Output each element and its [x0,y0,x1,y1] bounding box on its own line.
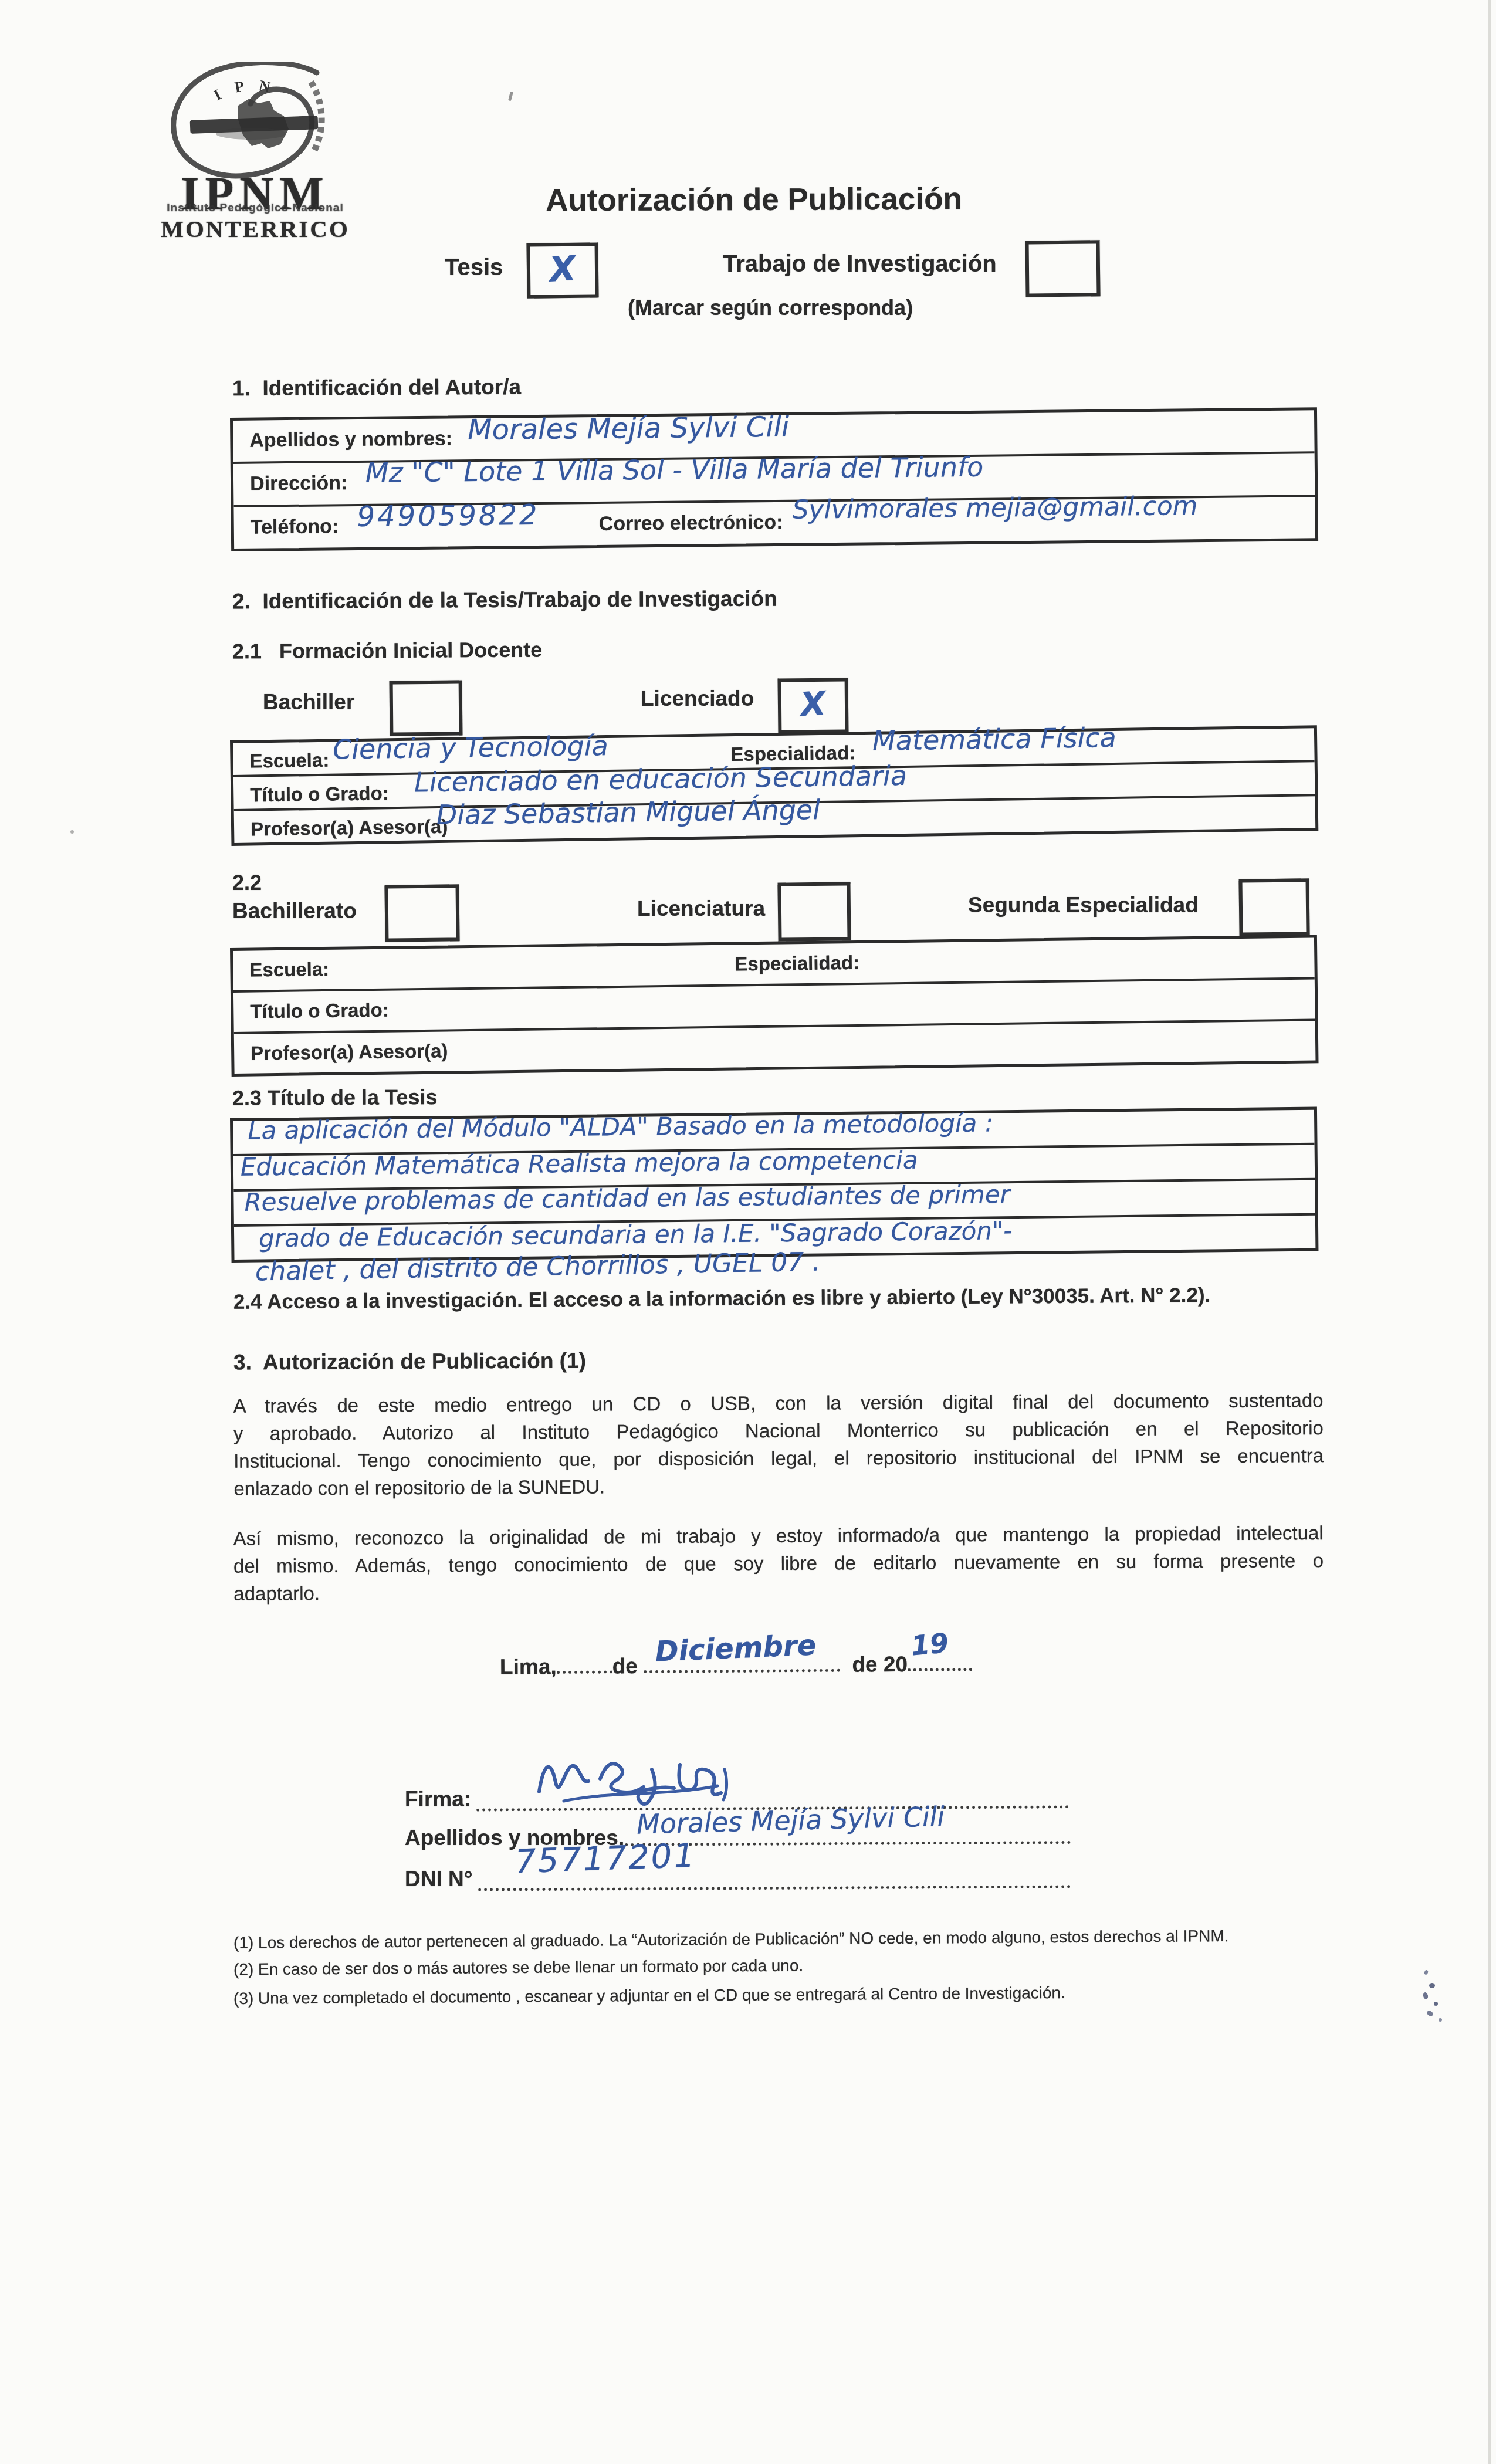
authorization-paragraph-1: A través de este medio entrego un CD o U… [233,1386,1324,1502]
thesis-title-table: La aplicación del Módulo "ALDA" Basado e… [230,1107,1318,1263]
especialidad-label-2: Especialidad: [735,952,859,976]
section1-heading: 1. Identificación del Autor/a [232,375,521,401]
titulo-label-2: Título o Grado: [250,999,389,1023]
segunda-especialidad-checkbox [1238,878,1309,936]
titulo-label: Título o Grado: [250,782,389,806]
direccion-label: Dirección: [250,472,348,496]
ink-smudge [1423,1992,1429,2000]
section23-heading: 2.3 Título de la Tesis [232,1085,438,1111]
firma-label: Firma: [405,1787,471,1812]
trabajo-checkbox [1025,240,1101,297]
date-line: Lima,de Diciembre de 20 19 [500,1650,978,1680]
section2-heading: 2. Identificación de la Tesis/Trabajo de… [232,587,777,614]
bachillerato-label: Bachillerato [232,899,357,923]
formacion-inicial-table: Escuela: Ciencia y Tecnología Especialid… [230,725,1318,846]
ink-smudge [1439,2018,1442,2022]
licenciatura-checkbox [777,882,851,941]
segunda-formacion-table: Escuela: Especialidad: Título o Grado: P… [230,935,1319,1077]
apellidos-label: Apellidos y nombres: [249,427,452,452]
footnote-1: (1) Los derechos de autor pertenecen al … [233,1927,1229,1952]
licenciado-checkbox: X [778,678,849,733]
trabajo-check-mark [1029,266,1096,270]
bachiller-checkbox [390,680,463,736]
scan-speck [70,830,74,834]
ink-smudge [1434,2002,1438,2006]
page-title: Autorización de Publicación [516,181,991,219]
bachillerato-check-mark [388,911,456,915]
section24-text: 2.4 Acceso a la investigación. El acceso… [233,1284,1211,1314]
footnote-2: (2) En caso de ser dos o más autores se … [233,1957,803,1979]
ink-smudge [1426,2010,1434,2017]
bachiller-check-mark [393,706,459,710]
bachillerato-checkbox [384,884,459,942]
thesis-title-line-1: La aplicación del Módulo "ALDA" Basado e… [248,1108,993,1145]
authorization-paragraph-2: Así mismo, reconozco la originalidad de … [233,1519,1324,1607]
licenciado-check-mark: X [780,683,846,725]
escuela-label-2: Escuela: [249,958,329,981]
asesor-label: Profesor(a) Asesor(a) [251,815,448,841]
paragraph-line: adaptarlo. [233,1574,1324,1607]
footnote-3: (3) Una vez completado el documento , es… [233,1984,1065,2008]
trabajo-label: Trabajo de Investigación [723,251,997,277]
telefono-value: 949059822 [357,499,539,533]
licenciatura-check-mark [781,909,847,913]
scan-speck [508,92,513,101]
marking-note: (Marcar según corresponda) [628,296,913,320]
titulo-value: Licenciado en educación Secundaria [414,760,908,798]
date-year-value: 19 [909,1627,950,1662]
licenciado-label: Licenciado [641,686,754,711]
dni-label: DNI N° [405,1867,473,1891]
logo-monterrico: MONTERRICO [147,215,364,243]
apellidos-value: Morales Mejía Sylvi Cili [468,411,790,446]
ink-smudge [1424,1969,1429,1975]
ink-smudge [1429,1983,1435,1988]
tesis-label: Tesis [445,255,503,281]
section21-heading: 2.1 Formación Inicial Docente [232,638,542,664]
segunda-especialidad-label: Segunda Especialidad [968,893,1199,918]
paragraph-line: enlazado con el repositorio de la SUNEDU… [233,1469,1324,1502]
institution-stamp-icon: I P N M [163,62,345,180]
licenciatura-label: Licenciatura [637,896,765,921]
tesis-check-mark: X [529,247,596,291]
section3-heading: 3. Autorización de Publicación (1) [233,1348,586,1375]
direccion-value: Mz "C" Lote 1 Villa Sol - Villa María de… [365,451,984,489]
correo-label: Correo electrónico: [599,511,783,536]
logo-institute-line: Instituto Pedagógico Nacional [147,202,364,215]
section22-heading: 2.2 [232,871,262,895]
author-table: Apellidos y nombres: Morales Mejía Sylvi… [230,407,1318,551]
segunda-especialidad-check-mark [1243,905,1306,909]
escuela-value: Ciencia y Tecnología [333,730,608,766]
escuela-label: Escuela: [249,749,329,773]
dni-value: 75717201 [515,1837,697,1881]
tesis-checkbox: X [527,242,599,298]
especialidad-value: Matemática Física [872,722,1116,757]
telefono-label: Teléfono: [251,515,339,539]
paragraph-line: Institucional. Tengo conocimiento que, p… [233,1441,1324,1475]
table-row: Teléfono: 949059822 Correo electrónico: … [233,495,1315,549]
scanned-document-page: I P N M IPNM Instituto Pedagógico Nacion… [0,0,1496,2464]
date-de1: de [612,1654,638,1678]
bachiller-label: Bachiller [263,690,354,715]
asesor-label-2: Profesor(a) Asesor(a) [251,1040,448,1064]
date-city: Lima, [500,1654,557,1679]
page-edge-shadow [1488,0,1491,2464]
date-de2: de 20 [852,1652,908,1677]
paragraph-line: del mismo. Además, tengo conocimiento de… [233,1546,1324,1580]
asesor-value: Diaz Sebastian Miguel Ángel [436,794,820,831]
date-month-value: Diciembre [655,1629,817,1668]
correo-value: Sylvimorales mejia@gmail.com [792,491,1197,525]
